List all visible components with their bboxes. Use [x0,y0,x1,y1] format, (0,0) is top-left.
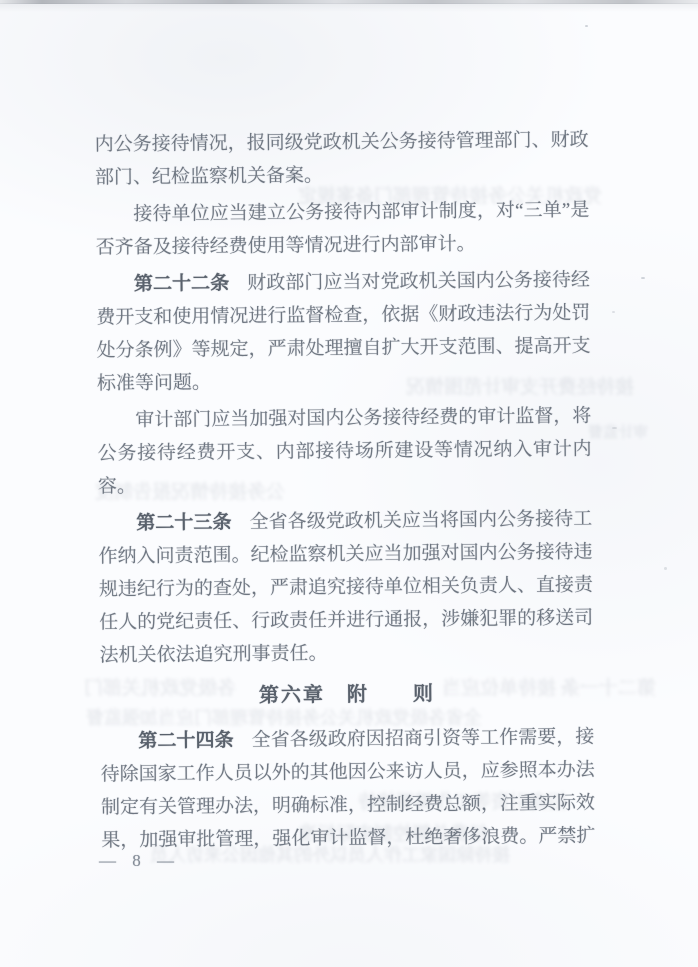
article-number: 第二十三条 [136,512,231,534]
article-number: 第二十二条 [134,273,229,295]
article-number: 第二十四条 [138,730,233,752]
scanner-edge-haze [0,3,698,12]
paragraph-article-22: 第二十二条财政部门应当对党政机关国内公务接待经费开支和使用情况进行监督检查，依据… [96,264,591,401]
scan-speck [612,311,615,313]
scan-speck [585,25,588,27]
document-body: 内公务接待情况，报同级党政机关公务接待管理部门、财政部门、纪检监察机关备案。 接… [94,124,595,862]
scan-speck [641,277,645,279]
paragraph-article-23: 第二十三条全省各级党政机关应当将国内公务接待工作纳入问责范围。纪检监察机关应当加… [98,503,594,673]
scanned-document-page: 党政机关公务接待管理部门备案规定 接待经费开支审计范围情况 审计监督 公务接待情… [0,0,698,967]
paragraph-continuation: 内公务接待情况，报同级党政机关公务接待管理部门、财政部门、纪检监察机关备案。 [94,124,589,195]
bleedthrough-text: 审计监督 [588,421,648,442]
paragraph-internal-audit: 接待单位应当建立公务接待内部审计制度，对“三单”是否齐备及接待经费使用等情况进行… [95,194,590,265]
paragraph-text: 审计部门应当加强对国内公务接待经费的审计监督，将公务接待经费开支、内部接待场所建… [98,406,592,498]
paragraph-article-24: 第二十四条全省各级政府因招商引资等工作需要，接待除国家工作人员以外的其他因公来访… [100,721,595,858]
paragraph-text: 内公务接待情况，报同级党政机关公务接待管理部门、财政部门、纪检监察机关备案。 [95,130,589,189]
chapter-heading: 第六章 附 则 [100,677,594,715]
page-number: — 8 — [99,851,180,871]
scan-speck [664,567,667,570]
paragraph-text: 接待单位应当建立公务接待内部审计制度，对“三单”是否齐备及接待经费使用等情况进行… [96,200,590,259]
scan-speck [612,427,617,429]
paragraph-audit-department: 审计部门应当加强对国内公务接待经费的审计监督，将公务接待经费开支、内部接待场所建… [97,400,592,504]
